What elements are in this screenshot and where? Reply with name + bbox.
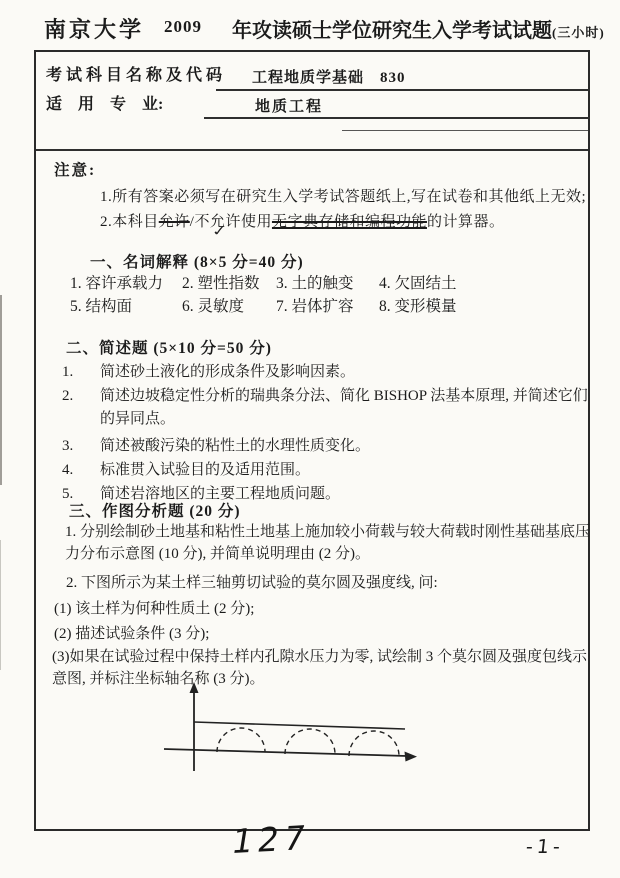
item-number: 4. bbox=[62, 459, 100, 482]
mohr-circle-2 bbox=[285, 729, 335, 754]
term-4: 4. 欠固结土 bbox=[379, 271, 457, 293]
item-text: 简述砂土液化的形成条件及影响因素。 bbox=[100, 361, 600, 384]
subject-code-value: 工程地质学基础 830 bbox=[252, 66, 406, 87]
item-number: 1. bbox=[62, 361, 100, 384]
scan-edge-artifact-2 bbox=[0, 540, 1, 670]
handwritten-check-mark: ✓ bbox=[210, 222, 228, 240]
notice-item-1: 1.所有答案必须写在研究生入学考试答题纸上,写在试卷和其他纸上无效; bbox=[100, 185, 586, 206]
section2-item-3: 3.简述被酸污染的粘性土的水理性质变化。 bbox=[62, 435, 600, 458]
horizontal-axis-arrow bbox=[405, 752, 418, 762]
section2-heading: 二、简述题 (5×10 分=50 分) bbox=[66, 336, 272, 358]
major-label: 适 用 专 业: bbox=[46, 91, 163, 114]
page-number: -1- bbox=[525, 836, 565, 858]
item-number: 3. bbox=[62, 435, 100, 458]
mohr-circle-1 bbox=[217, 728, 265, 752]
section2-item-2: 2.简述边坡稳定性分析的瑞典条分法、简化 BISHOP 法基本原理, 并简述它们… bbox=[62, 385, 600, 431]
notice-item2-prefix: 2.本科目 bbox=[100, 214, 159, 230]
handwritten-number: 127 bbox=[229, 818, 313, 861]
scan-edge-artifact bbox=[0, 295, 2, 485]
term-1: 1. 容许承载力 bbox=[70, 271, 163, 293]
notice-item2-suffix: 的计算器。 bbox=[427, 214, 505, 230]
major-value: 地质工程 bbox=[255, 95, 323, 116]
notice-item-2: 2.本科目允许/不允许使用✓无字典存储和编程功能的计算器。 bbox=[100, 210, 504, 231]
term-8: 8. 变形模量 bbox=[379, 294, 457, 316]
exam-paper-page: 南京大学 2009 年攻读硕士学位研究生入学考试试题(三小时) 考试科目名称及代… bbox=[0, 0, 620, 878]
item-text: 简述边坡稳定性分析的瑞典条分法、简化 BISHOP 法基本原理, 并简述它们的异… bbox=[100, 385, 600, 431]
item-number: 2. bbox=[62, 385, 100, 431]
question2-sub-1: (1) 该土样为何种性质土 (2 分); bbox=[54, 597, 254, 618]
section3-question-1: 1. 分别绘制砂土地基和粘性土地基上施加较小荷载与较大荷载时刚性基础基底压力分布… bbox=[65, 521, 603, 565]
exam-frame: 考试科目名称及代码 工程地质学基础 830 适 用 专 业: 地质工程 注意: … bbox=[34, 50, 590, 831]
item-text: 标准贯入试验目的及适用范围。 bbox=[100, 459, 600, 482]
term-7: 7. 岩体扩容 bbox=[276, 294, 354, 316]
major-underline-2 bbox=[342, 130, 590, 131]
vertical-axis-arrow bbox=[190, 682, 199, 693]
notice-item2-struck-allow: 允许 bbox=[159, 214, 190, 230]
term-2: 2. 塑性指数 bbox=[182, 271, 260, 293]
university-name: 南京大学 bbox=[44, 13, 144, 44]
exam-duration: (三小时) bbox=[552, 25, 605, 40]
exam-year: 2009 bbox=[164, 17, 202, 37]
section2-item-4: 4.标准贯入试验目的及适用范围。 bbox=[62, 459, 600, 482]
subject-underline bbox=[216, 89, 590, 91]
section3-question-2: 2. 下图所示为某土样三轴剪切试验的莫尔圆及强度线, 问: bbox=[66, 571, 438, 592]
section2-item-1: 1.简述砂土液化的形成条件及影响因素。 bbox=[62, 361, 600, 384]
question2-sub-2: (2) 描述试验条件 (3 分); bbox=[54, 622, 209, 643]
header-separator-line bbox=[36, 149, 588, 151]
strength-envelope-line bbox=[194, 722, 405, 729]
notice-item2-not-allow: /不允许使用✓ bbox=[190, 210, 272, 231]
item-text: 简述被酸污染的粘性土的水理性质变化。 bbox=[100, 435, 600, 458]
mohr-circle-3 bbox=[349, 731, 399, 756]
notice-item2-mid-text: /不允许使用 bbox=[190, 214, 272, 230]
exam-title: 年攻读硕士学位研究生入学考试试题 bbox=[232, 20, 552, 42]
term-5: 5. 结构面 bbox=[70, 294, 132, 316]
major-underline bbox=[204, 117, 590, 119]
subject-code-label: 考试科目名称及代码 bbox=[46, 62, 226, 85]
notice-item2-struck-phrase: 无字典存储和编程功能 bbox=[272, 214, 427, 230]
section1-heading: 一、名词解释 (8×5 分=40 分) bbox=[90, 250, 304, 272]
notice-label: 注意: bbox=[54, 158, 96, 180]
mohr-circle-diagram bbox=[148, 682, 428, 782]
term-6: 6. 灵敏度 bbox=[182, 294, 244, 316]
term-3: 3. 土的触变 bbox=[276, 271, 354, 293]
section3-heading: 三、作图分析题 (20 分) bbox=[69, 499, 241, 521]
exam-title-wrap: 年攻读硕士学位研究生入学考试试题(三小时) bbox=[232, 14, 605, 43]
